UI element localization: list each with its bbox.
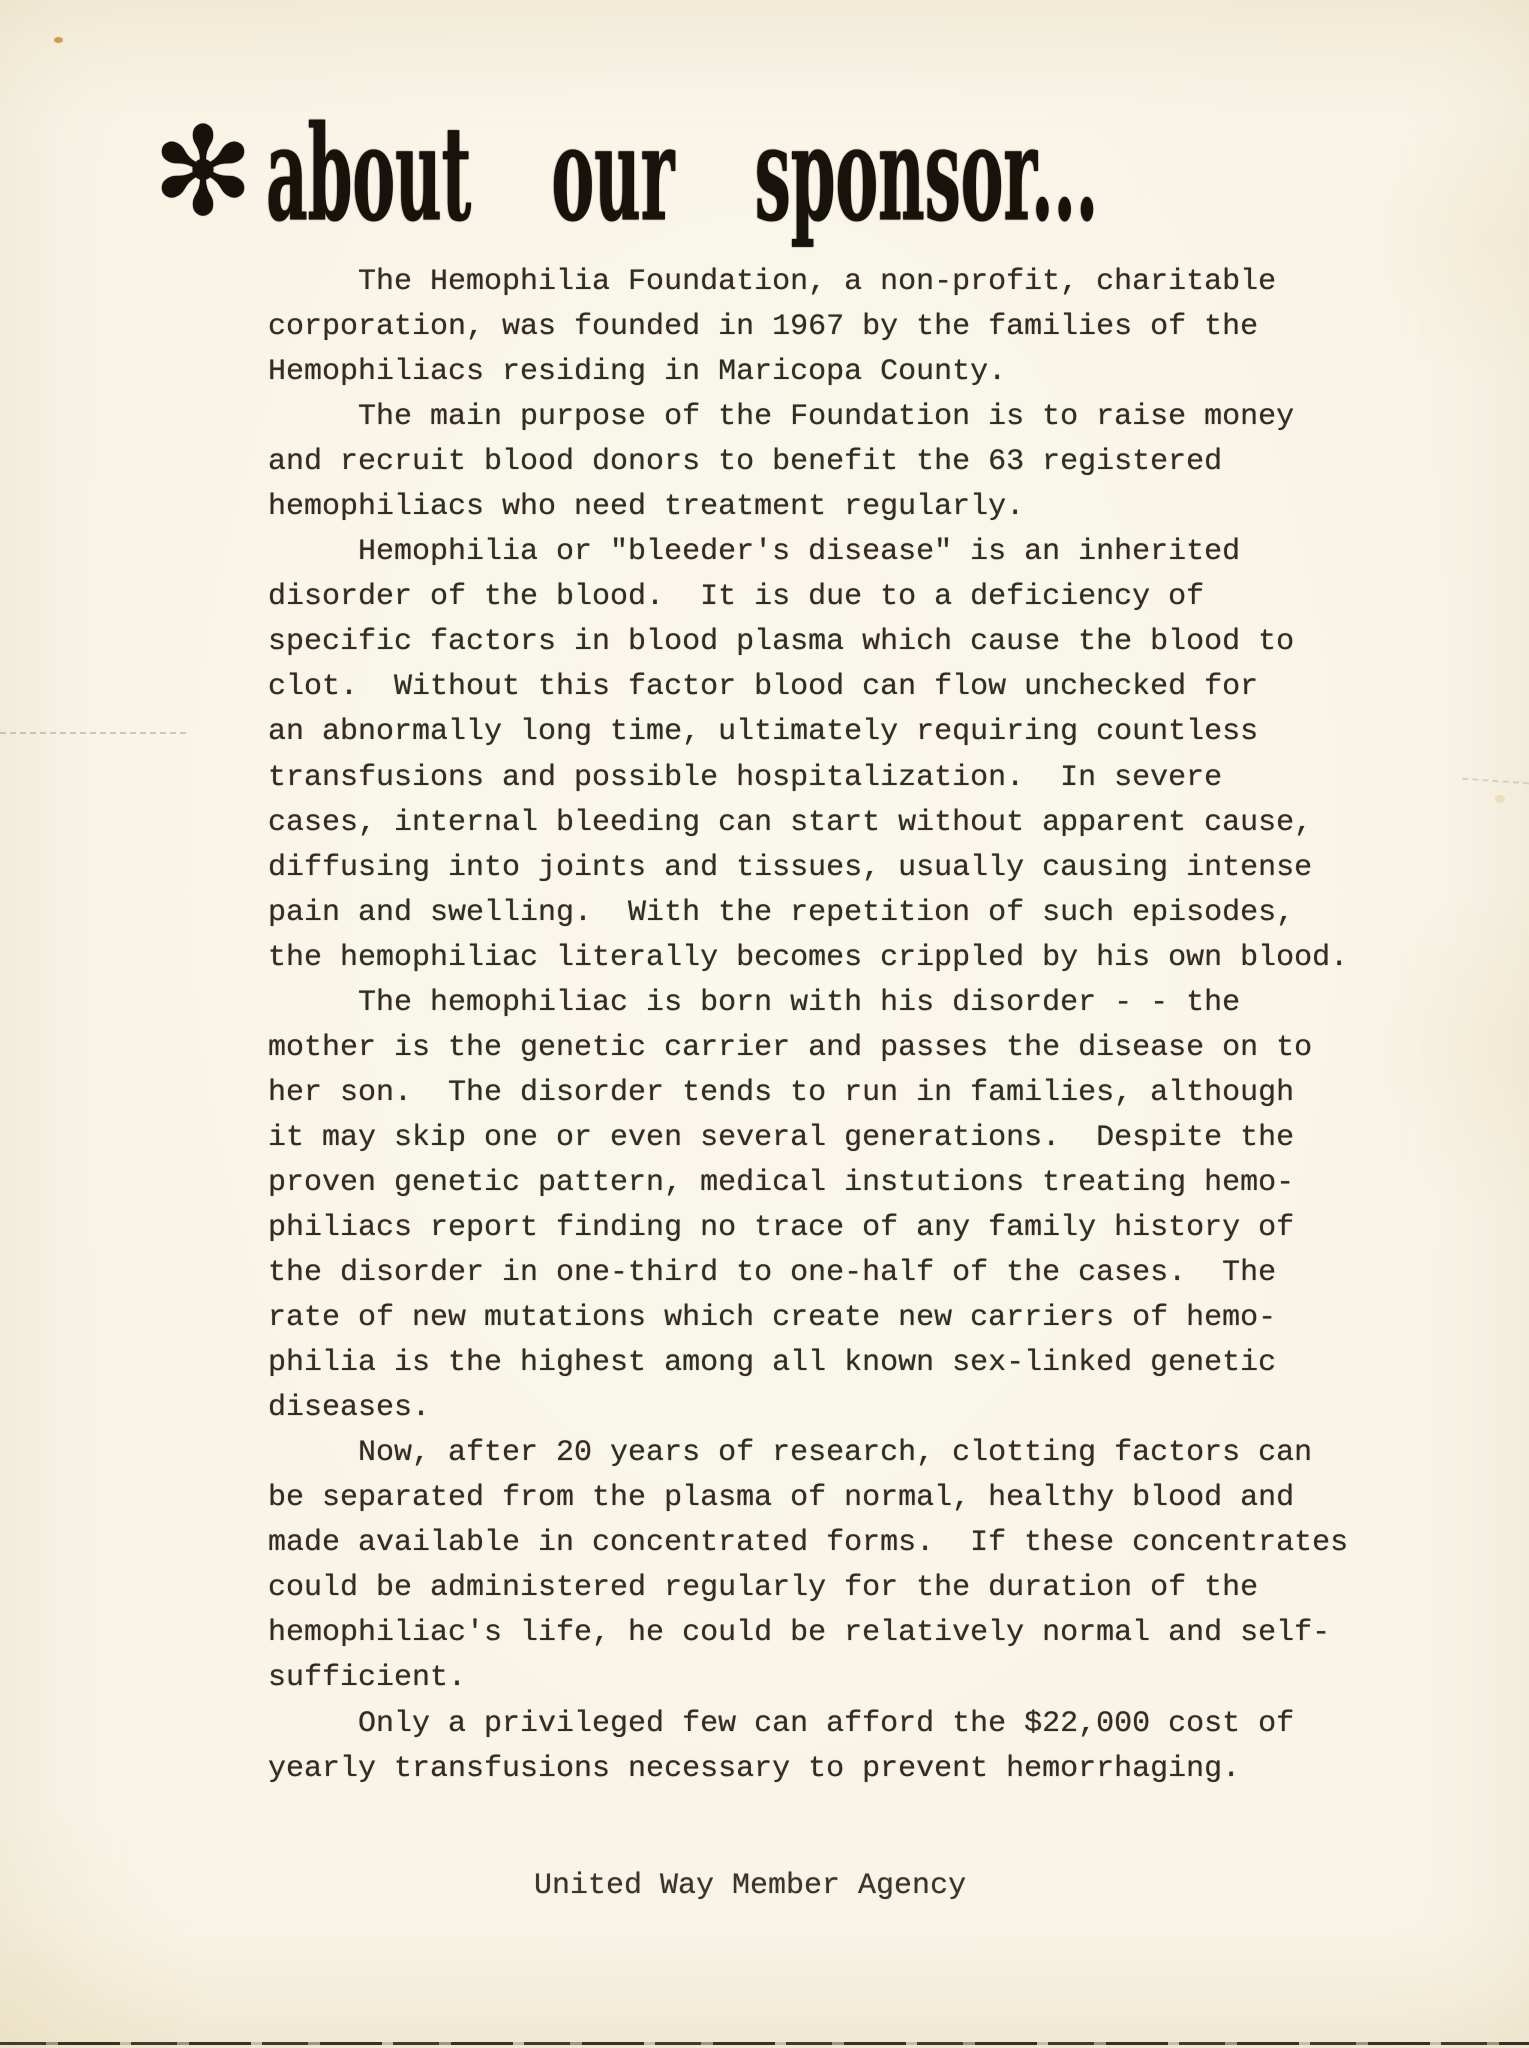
text-line: hemophiliacs who need treatment regularl… (268, 485, 1408, 530)
text-line: yearly transfusions necessary to prevent… (268, 1747, 1408, 1792)
text-line: philiacs report finding no trace of any … (268, 1206, 1408, 1251)
footer-text: United Way Member Agency (534, 1868, 966, 1904)
page-title: about our sponsor... (266, 111, 1098, 242)
text-line: pain and swelling. With the repetition o… (268, 891, 1408, 936)
text-line: could be administered regularly for the … (268, 1566, 1408, 1611)
text-line: it may skip one or even several generati… (268, 1116, 1408, 1161)
text-line: hemophiliac's life, he could be relative… (268, 1611, 1408, 1656)
asterisk-flower-icon: ✻ (148, 112, 258, 232)
text-line: proven genetic pattern, medical instutio… (268, 1161, 1408, 1206)
text-line: mother is the genetic carrier and passes… (268, 1026, 1408, 1071)
text-line: an abnormally long time, ultimately requ… (268, 710, 1408, 755)
crease-line (0, 732, 186, 734)
crease-line (1462, 778, 1529, 785)
text-line: be separated from the plasma of normal, … (268, 1476, 1408, 1521)
text-line: sufficient. (268, 1656, 1408, 1701)
text-line: transfusions and possible hospitalizatio… (268, 756, 1408, 801)
text-line: The main purpose of the Foundation is to… (268, 395, 1408, 440)
text-line: Now, after 20 years of research, clottin… (268, 1431, 1408, 1476)
paper-speck (1495, 795, 1505, 803)
paper-speck (54, 37, 63, 43)
text-line: philia is the highest among all known se… (268, 1341, 1408, 1386)
scanned-document-page: ✻ about our sponsor... The Hemophilia Fo… (0, 0, 1529, 2048)
text-line: her son. The disorder tends to run in fa… (268, 1071, 1408, 1116)
text-line: Hemophiliacs residing in Maricopa County… (268, 350, 1408, 395)
text-line: the disorder in one-third to one-half of… (268, 1251, 1408, 1296)
text-line: Only a privileged few can afford the $22… (268, 1702, 1408, 1747)
text-line: clot. Without this factor blood can flow… (268, 665, 1408, 710)
text-line: cases, internal bleeding can start witho… (268, 801, 1408, 846)
text-line: specific factors in blood plasma which c… (268, 620, 1408, 665)
text-line: diseases. (268, 1386, 1408, 1431)
text-line: corporation, was founded in 1967 by the … (268, 305, 1408, 350)
scan-edge (0, 2042, 1529, 2045)
text-line: The hemophiliac is born with his disorde… (268, 981, 1408, 1026)
text-line: the hemophiliac literally becomes crippl… (268, 936, 1408, 981)
body-text: The Hemophilia Foundation, a non-profit,… (268, 260, 1408, 1792)
text-line: disorder of the blood. It is due to a de… (268, 575, 1408, 620)
text-line: The Hemophilia Foundation, a non-profit,… (268, 260, 1408, 305)
text-line: diffusing into joints and tissues, usual… (268, 846, 1408, 891)
text-line: Hemophilia or "bleeder's disease" is an … (268, 530, 1408, 575)
text-line: rate of new mutations which create new c… (268, 1296, 1408, 1341)
text-line: and recruit blood donors to benefit the … (268, 440, 1408, 485)
text-line: made available in concentrated forms. If… (268, 1521, 1408, 1566)
